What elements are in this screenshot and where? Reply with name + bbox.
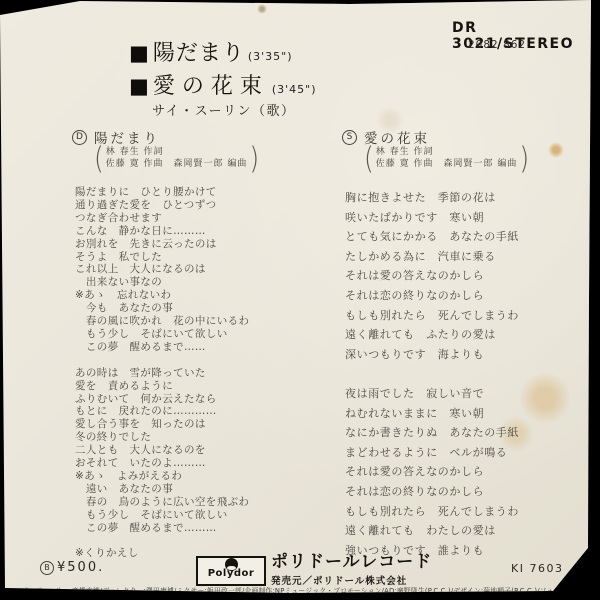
side-d-mark-icon: D	[72, 130, 87, 145]
label-name: ポリドールレコード	[271, 553, 432, 572]
lyric-line: ※あゝ よみがえるわ	[75, 470, 249, 483]
close-paren: )	[519, 144, 529, 174]
matrix-number: 2082 862	[468, 39, 526, 51]
track-1-duration: (3'35")	[248, 50, 293, 63]
production-credits: ■プロデューサー:高橋直謙/ディレクター:澤田康博/ミクサー:飯田政一郎/企画制…	[14, 585, 586, 595]
lyric-line: まどわせるように ベルが鳴る	[345, 443, 519, 463]
lyric-line	[75, 534, 249, 547]
side-d-credits: ( 林 春生 作詞佐藤 寛 作曲 森岡賢一郎 編曲 )	[94, 146, 259, 171]
lyric-line: この夢 醒めるまで……	[75, 341, 249, 354]
lyric-line: もしも別れたら 死んでしまうわ	[345, 502, 519, 522]
track-1-title: 陽だまり	[153, 36, 245, 67]
lyric-line: もしも別れたら 死んでしまうわ	[345, 306, 519, 326]
lyric-line: ※あゝ 忘れないわ	[75, 289, 249, 302]
catalog-code: KI 7603	[511, 562, 563, 575]
lyric-line: 遠く離れても ふたりの愛は	[345, 325, 519, 345]
lyric-line: 咲いたばかりです 寒い朝	[345, 208, 519, 228]
lyric-line: 深いつもりです 海よりも	[345, 345, 519, 365]
lyric-line: 夜は雨でした 寂しい音で	[345, 384, 519, 404]
lyric-line: 遠い あなたの事	[75, 483, 249, 496]
lyric-line: もとに 戻れたのに…………	[75, 405, 249, 418]
lyric-line: 陽だまりに ひとり腰かけて	[75, 186, 249, 199]
side-s-lyrics: 胸に抱きよせた 季節の花は咲いたばかりです 寒い朝とても気にかかる あなたの手紙…	[345, 188, 519, 560]
side-s-credits: ( 林 春生 作詞佐藤 寛 作曲 森岡賢一郎 編曲 )	[364, 146, 529, 171]
lyric-line: もう少し そばにいて欲しい	[75, 328, 249, 341]
side-s-mark-icon: S	[342, 130, 357, 145]
artist-name: サイ・スーリン（歌）	[152, 100, 295, 119]
side-s-header: S 愛の花束	[342, 127, 430, 147]
credit-line: 林 春生 作詞	[106, 147, 248, 159]
lyric-line: 二人とも 大人になるのを	[75, 444, 249, 457]
open-paren: (	[364, 144, 374, 174]
square-bullet-icon: ■	[129, 43, 149, 63]
lyric-line: ねむれないままに 寒い朝	[345, 404, 519, 424]
lyric-line: 愛し合う事を 知ったのは	[75, 418, 249, 431]
lyric-line: 春の 鳥のように広い空を飛ぶわ	[75, 496, 249, 509]
square-bullet-icon: ■	[129, 76, 149, 96]
lyric-line: ふりむいて 何か云えたなら	[75, 393, 249, 406]
label-block: ポリドールレコード 発売元／ポリドール株式会社	[271, 553, 432, 587]
lyric-line: おそれて いたのよ………	[75, 457, 249, 470]
lyric-line: もう少し そばにいて欲しい	[75, 509, 249, 522]
lyric-line: 冬の終りでした	[75, 431, 249, 444]
credit-line: 佐藤 寛 作曲 森岡賢一郎 編曲	[106, 159, 248, 171]
lyric-line: 春の風に吹かれ 花の中にいるわ	[75, 315, 249, 328]
lyric-line: 今も あなたの事	[75, 302, 249, 315]
track-title-2: ■ 愛の花束 (3'45")	[129, 69, 317, 102]
lyric-line: それは愛の答えなのかしら	[345, 462, 519, 482]
lyric-line	[75, 354, 249, 367]
credit-line: 林 春生 作詞	[376, 147, 518, 159]
credit-line: 佐藤 寛 作曲 森岡賢一郎 編曲	[376, 159, 518, 171]
side-d-lyrics: 陽だまりに ひとり腰かけて通り過ぎた愛を ひとつずつつなぎ合わせますこんな 静か…	[75, 186, 249, 560]
price-code-icon: B	[40, 561, 54, 575]
side-s-credit-lines: 林 春生 作詞佐藤 寛 作曲 森岡賢一郎 編曲	[374, 147, 520, 170]
lyric-line: それは恋の終りなのかしら	[345, 482, 519, 502]
lyric-line: これ以上 大人になるのは	[75, 263, 249, 276]
lyric-line: お別れを 先きに云ったのは	[75, 238, 249, 251]
lyric-line	[345, 364, 519, 384]
lyric-line: それは恋の終りなのかしら	[345, 286, 519, 306]
lyric-line: 胸に抱きよせた 季節の花は	[345, 188, 519, 208]
polydor-logo: Polydor	[196, 556, 266, 586]
track-2-duration: (3'45")	[272, 83, 317, 96]
lyric-line: この夢 醒めるまで………	[75, 522, 249, 535]
track-title-1: ■ 陽だまり (3'35")	[129, 36, 317, 69]
side-d-title: 陽だまり	[94, 127, 160, 147]
record-disc-icon	[225, 558, 238, 571]
lyric-line: それは愛の答えなのかしら	[345, 266, 519, 286]
lyric-line: こんな 静かな日に………	[75, 225, 249, 238]
title-block: ■ 陽だまり (3'35") ■ 愛の花束 (3'45")	[129, 36, 317, 102]
lyric-line: 愛を 責めるように	[75, 380, 249, 393]
lyric-line: 出来ない事なの	[75, 276, 249, 289]
lyric-line: とても気にかかる あなたの手紙	[345, 227, 519, 247]
lyric-line: たしかめる為に 汽車に乗る	[345, 247, 519, 267]
lyric-line: 遠く離れても わたしの愛は	[345, 521, 519, 541]
side-d-header: D 陽だまり	[72, 127, 160, 147]
lyric-line: あの時は 雪が降っていた	[75, 367, 249, 380]
side-d-credit-lines: 林 春生 作詞佐藤 寛 作曲 森岡賢一郎 編曲	[104, 147, 250, 170]
close-paren: )	[249, 144, 259, 174]
side-s-title: 愛の花束	[364, 127, 430, 147]
lyric-line: 通り過ぎた愛を ひとつずつ	[75, 199, 249, 212]
lyric-line: そうよ 私でした	[75, 251, 249, 264]
track-2-title: 愛の花束	[153, 69, 269, 100]
record-sleeve-back: DR 3021/STEREO 2082 862 ■ 陽だまり (3'35") ■…	[0, 0, 600, 600]
lyric-line: なにか書きたりぬ あなたの手紙	[345, 423, 519, 443]
lyric-line: つなぎ合わせます	[75, 212, 249, 225]
price: B ¥500.	[40, 560, 104, 575]
price-value: ¥500.	[57, 560, 104, 575]
open-paren: (	[94, 144, 104, 174]
